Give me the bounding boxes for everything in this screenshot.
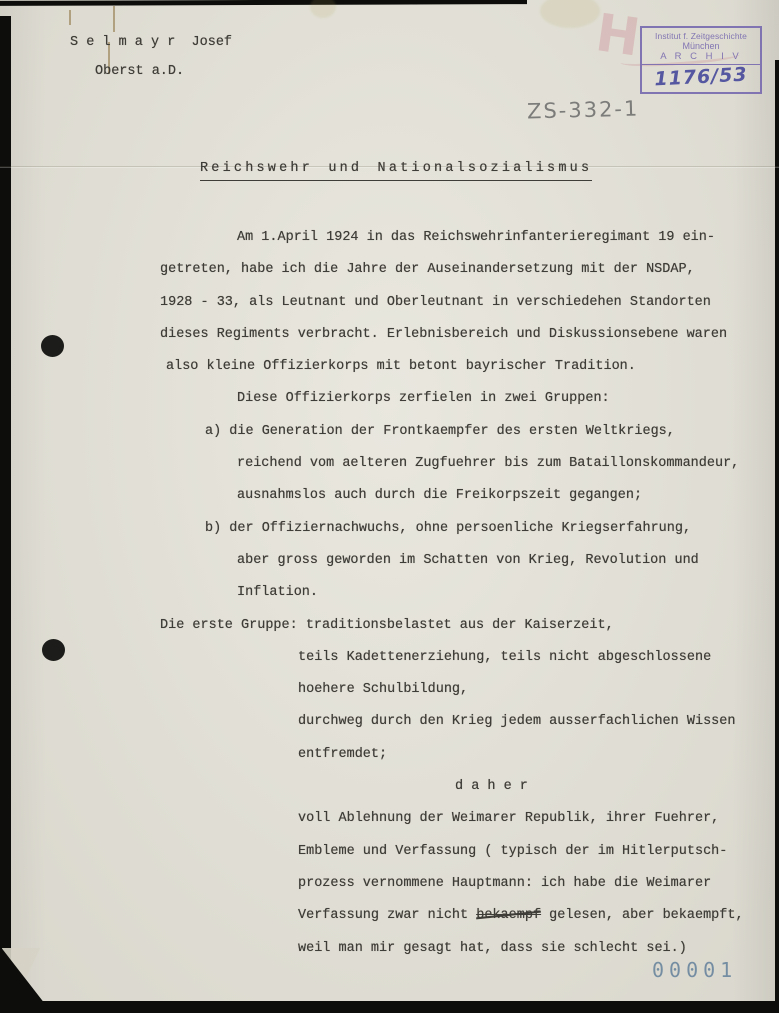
text-line: reichend vom aelteren Zugfuehrer bis zum…	[0, 448, 779, 480]
text-line: dieses Regiments verbracht. Erlebnisbere…	[0, 319, 779, 351]
struck-word: bekaempf	[476, 908, 541, 923]
pencil-tick	[113, 6, 115, 32]
text-line: hoehere Schulbildung,	[0, 674, 779, 706]
text-line: Verfassung zwar nicht bekaempf gelesen, …	[0, 900, 779, 932]
text-line: Diese Offizierkorps zerfielen in zwei Gr…	[0, 383, 779, 415]
text-line: entfremdet;	[0, 739, 779, 771]
text-line: prozess vernommene Hauptmann: ich habe d…	[0, 868, 779, 900]
archive-stamp-city: München	[642, 41, 760, 51]
scan-edge-top	[0, 0, 527, 6]
text-line: voll Ablehnung der Weimarer Republik, ih…	[0, 803, 779, 835]
text-line: Inflation.	[0, 577, 779, 609]
text-line: aber gross geworden im Schatten von Krie…	[0, 545, 779, 577]
document-body: Am 1.April 1924 in das Reichswehrinfante…	[0, 222, 779, 965]
author-rank: Oberst a.D.	[95, 64, 184, 79]
text-line: a) die Generation der Frontkaempfer des …	[0, 416, 779, 448]
paper-stain	[540, 0, 600, 28]
text-line: 1928 - 33, als Leutnant und Oberleutnant…	[0, 287, 779, 319]
author-name: S e l m a y r Josef	[70, 35, 232, 50]
archive-stamp: Institut f. Zeitgeschichte München A R C…	[640, 26, 762, 94]
paper-stain	[310, 0, 336, 18]
pencil-tick	[69, 10, 71, 25]
archive-stamp-number: 1176/53	[642, 63, 761, 91]
archive-stamp-institute: Institut f. Zeitgeschichte	[642, 31, 760, 41]
pencil-shelfmark: ZS-332-1	[527, 97, 640, 124]
text-line: getreten, habe ich die Jahre der Auseina…	[0, 254, 779, 286]
scanned-document-page: S e l m a y r Josef Oberst a.D. H Instit…	[0, 0, 779, 1013]
page-number-stamp: 00001	[652, 958, 737, 982]
document-title: Reichswehr und Nationalsozialismus	[200, 161, 592, 181]
text-line: also kleine Offizierkorps mit betont bay…	[0, 351, 779, 383]
text-line: teils Kadettenerziehung, teils nicht abg…	[0, 642, 779, 674]
text-line: Am 1.April 1924 in das Reichswehrinfante…	[0, 222, 779, 254]
text-line: Die erste Gruppe: traditionsbelastet aus…	[0, 610, 779, 642]
text-line: Embleme und Verfassung ( typisch der im …	[0, 836, 779, 868]
text-line: b) der Offiziernachwuchs, ohne persoenli…	[0, 513, 779, 545]
scan-edge-bottom	[0, 1001, 779, 1013]
text-segment: gelesen, aber bekaempft,	[541, 908, 744, 923]
text-line: durchweg durch den Krieg jedem ausserfac…	[0, 706, 779, 738]
text-segment: Verfassung zwar nicht	[298, 908, 476, 923]
text-line: d a h e r	[0, 771, 779, 803]
text-line: ausnahmslos auch durch die Freikorpszeit…	[0, 480, 779, 512]
